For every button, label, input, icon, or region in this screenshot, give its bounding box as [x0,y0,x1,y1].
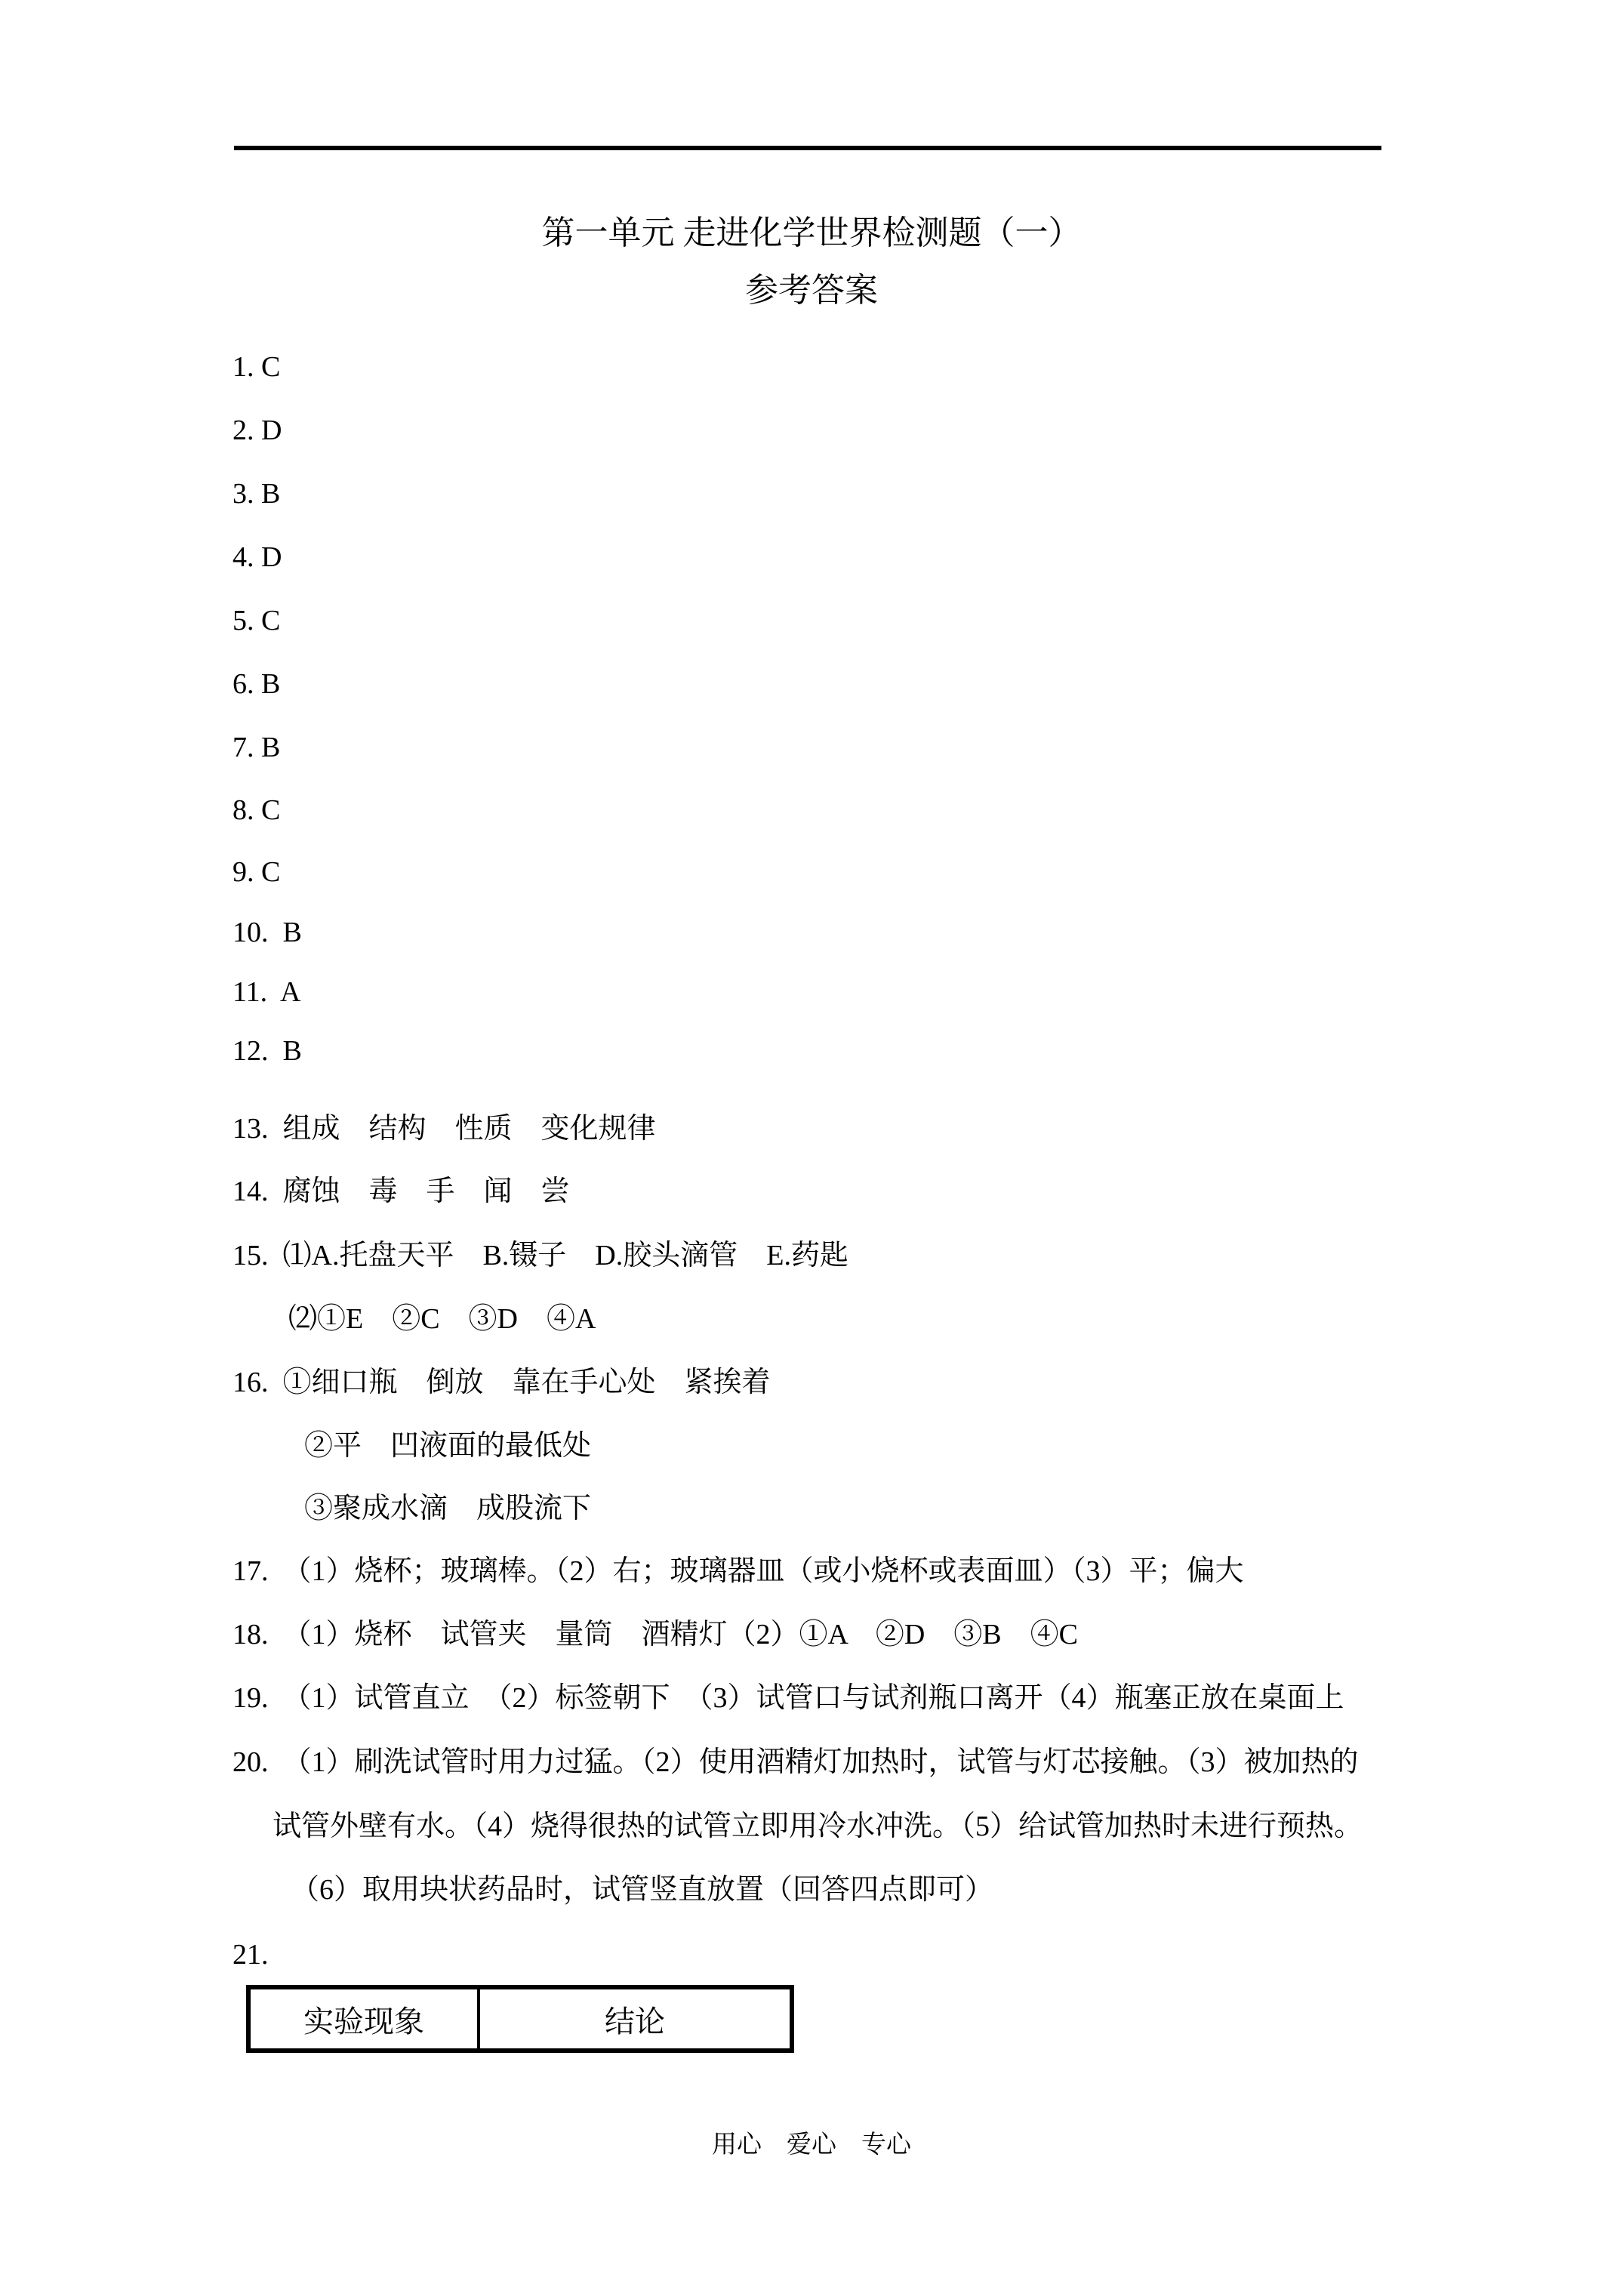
answer-line-16a: 16. ①细口瓶 倒放 靠在手心处 紧挨着 [233,1364,771,1401]
answer-key-heading: 参考答案 [0,270,1623,311]
answer-line-2: 2. D [233,412,282,448]
answer-line-9: 9. C [233,854,280,890]
answer-line-8: 8. C [233,792,280,828]
table-header-experiment-phenomenon: 实验现象 [251,1989,480,2048]
answer-line-10: 10. B [233,914,302,951]
answer-line-18: 18. （1）烧杯 试管夹 量筒 酒精灯（2）①A ②D ③B ④C [233,1616,1078,1653]
answer-line-11: 11. A [233,974,300,1010]
table-header-conclusion: 结论 [480,1989,790,2048]
page-title: 第一单元 走进化学世界检测题（一） [0,213,1623,254]
page-footer: 用心 爱心 专心 [0,2129,1623,2161]
header-rule [234,146,1381,150]
answer-line-14: 14. 腐蚀 毒 手 闻 尝 [233,1173,570,1210]
answer-line-13: 13. 组成 结构 性质 变化规律 [233,1111,656,1147]
answer-line-16c: ③聚成水滴 成股流下 [304,1490,591,1527]
answer-line-6: 6. B [233,666,280,702]
answer-line-12: 12. B [233,1033,302,1069]
answer-line-20c: （6）取用块状药品时，试管竖直放置（回答四点即可） [291,1872,993,1908]
answer-table: 实验现象 结论 [246,1985,794,2053]
answer-line-17: 17. （1）烧杯；玻璃棒。（2）右；玻璃器皿（或小烧杯或表面皿）（3）平；偏大 [233,1553,1244,1589]
document-page: 第一单元 走进化学世界检测题（一） 参考答案 1. C 2. D 3. B 4.… [0,0,1623,2296]
answer-line-15a: 15. ⑴A.托盘天平 B.镊子 D.胶头滴管 E.药匙 [233,1237,848,1274]
answer-line-1: 1. C [233,349,280,385]
answer-line-5: 5. C [233,603,280,639]
answer-line-21: 21. [233,1937,269,1973]
answer-line-4: 4. D [233,539,282,575]
answer-line-3: 3. B [233,476,280,512]
answer-line-20b: 试管外壁有水。（4）烧得很热的试管立即用冷水冲洗。（5）给试管加热时未进行预热。 [273,1808,1363,1845]
answer-line-15b: ⑵①E ②C ③D ④A [288,1301,596,1337]
answer-line-7: 7. B [233,729,280,766]
answer-line-16b: ②平 凹液面的最低处 [304,1428,591,1464]
answer-line-19: 19. （1）试管直立 （2）标签朝下 （3）试管口与试剂瓶口离开（4）瓶塞正放… [233,1680,1344,1716]
answer-line-20a: 20. （1）刷洗试管时用力过猛。（2）使用酒精灯加热时，试管与灯芯接触。（3）… [233,1744,1359,1780]
